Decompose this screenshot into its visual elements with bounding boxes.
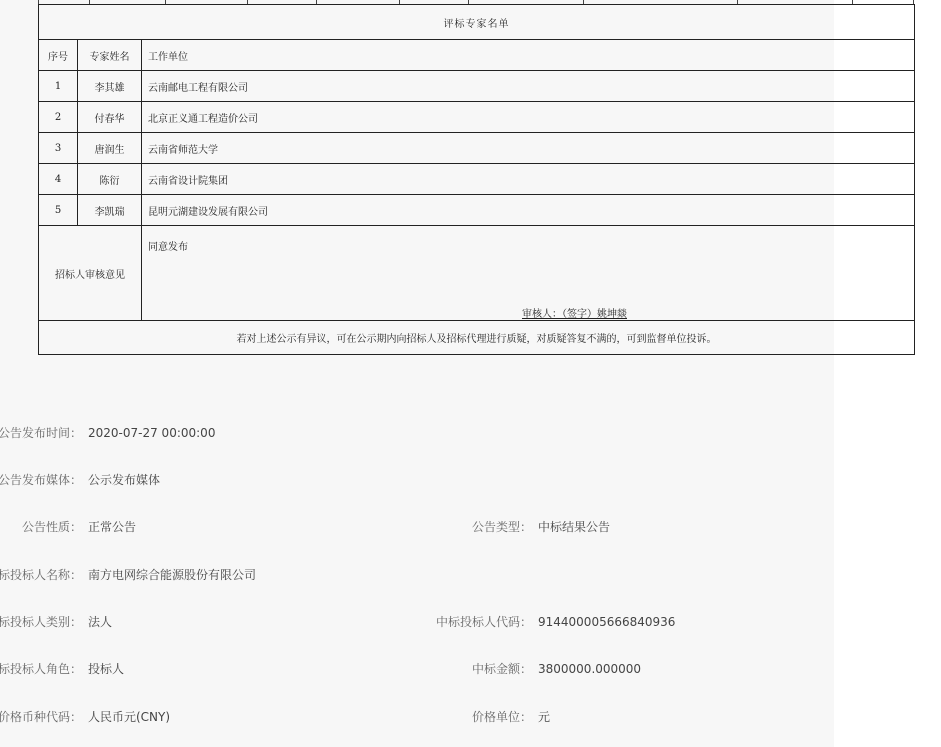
review-row: 招标人审核意见 同意发布 审核人：（签字）姚坤燚 bbox=[39, 226, 915, 321]
cell-name: 陈衍 bbox=[78, 164, 142, 195]
table-row: 2 付春华 北京正义通工程造价公司 bbox=[39, 102, 915, 133]
notice-row: 若对上述公示有异议，可在公示期内向招标人及招标代理进行质疑，对质疑答复不满的，可… bbox=[39, 321, 915, 355]
field-publish-media: 公告发布媒体：公示发布媒体 bbox=[0, 471, 160, 488]
value: 南方电网综合能源股份有限公司 bbox=[88, 568, 256, 582]
cell-unit: 云南省设计院集团 bbox=[142, 164, 915, 195]
table-row: 3 唐润生 云南省师范大学 bbox=[39, 133, 915, 164]
table-header-row: 序号 专家姓名 工作单位 bbox=[39, 40, 915, 71]
field-publish-time: 公告发布时间：2020-07-27 00:00:00 bbox=[0, 424, 215, 441]
field-nature: 公告性质：正常公告 bbox=[0, 518, 136, 535]
table-title: 评标专家名单 bbox=[39, 5, 915, 40]
cell-unit: 云南省师范大学 bbox=[142, 133, 915, 164]
field-currency: 价格币种代码：人民币元(CNY) bbox=[0, 708, 170, 725]
label: 中标投标人角色： bbox=[0, 660, 82, 677]
value: 公示发布媒体 bbox=[88, 473, 160, 487]
header-name: 专家姓名 bbox=[78, 40, 142, 71]
cell-name: 李其雄 bbox=[78, 71, 142, 102]
value: 元 bbox=[538, 710, 550, 724]
value: 正常公告 bbox=[88, 520, 136, 534]
header-unit: 工作单位 bbox=[142, 40, 915, 71]
field-winner-category: 中标投标人类别：法人 bbox=[0, 613, 112, 630]
label: 公告发布媒体： bbox=[0, 471, 82, 488]
objection-notice: 若对上述公示有异议，可在公示期内向招标人及招标代理进行质疑，对质疑答复不满的，可… bbox=[39, 321, 915, 355]
label: 公告发布时间： bbox=[0, 424, 82, 441]
field-type: 公告类型：中标结果公告 bbox=[454, 518, 610, 535]
value: 3800000.000000 bbox=[538, 662, 641, 676]
label: 价格单位： bbox=[454, 708, 532, 725]
cell-no: 2 bbox=[39, 102, 78, 133]
field-winner-role: 中标投标人角色：投标人 bbox=[0, 660, 124, 677]
label: 中标投标人类别： bbox=[0, 613, 82, 630]
cell-no: 5 bbox=[39, 195, 78, 226]
label: 价格币种代码： bbox=[0, 708, 82, 725]
table-title-row: 评标专家名单 bbox=[39, 5, 915, 40]
value: 投标人 bbox=[88, 662, 124, 676]
header-no: 序号 bbox=[39, 40, 78, 71]
review-content: 同意发布 审核人：（签字）姚坤燚 bbox=[142, 226, 915, 321]
value: 中标结果公告 bbox=[538, 520, 610, 534]
value: 2020-07-27 00:00:00 bbox=[88, 426, 215, 440]
label: 中标投标人名称： bbox=[0, 566, 82, 583]
field-amount: 中标金额：3800000.000000 bbox=[454, 660, 641, 677]
cell-unit: 昆明元湖建设发展有限公司 bbox=[142, 195, 915, 226]
field-price-unit: 价格单位：元 bbox=[454, 708, 550, 725]
table-row: 5 李凯瑞 昆明元湖建设发展有限公司 bbox=[39, 195, 915, 226]
label: 中标金额： bbox=[454, 660, 532, 677]
review-opinion: 同意发布 bbox=[148, 242, 188, 253]
table-row: 4 陈衍 云南省设计院集团 bbox=[39, 164, 915, 195]
table-row: 1 李其雄 云南邮电工程有限公司 bbox=[39, 71, 915, 102]
reviewer-signature: 审核人：（签字）姚坤燚 bbox=[522, 305, 627, 320]
expert-list-table: 评标专家名单 序号 专家姓名 工作单位 1 李其雄 云南邮电工程有限公司 2 付… bbox=[38, 4, 915, 355]
cell-no: 1 bbox=[39, 71, 78, 102]
cell-name: 付春华 bbox=[78, 102, 142, 133]
cell-no: 4 bbox=[39, 164, 78, 195]
cell-unit: 北京正义通工程造价公司 bbox=[142, 102, 915, 133]
field-winner-name: 中标投标人名称：南方电网综合能源股份有限公司 bbox=[0, 566, 256, 583]
cell-unit: 云南邮电工程有限公司 bbox=[142, 71, 915, 102]
label: 公告类型： bbox=[454, 518, 532, 535]
value: 法人 bbox=[88, 615, 112, 629]
review-label: 招标人审核意见 bbox=[39, 226, 142, 321]
value: 人民币元(CNY) bbox=[88, 710, 170, 724]
label: 公告性质： bbox=[0, 518, 82, 535]
field-winner-code: 中标投标人代码：914400005666840936 bbox=[432, 613, 675, 630]
value: 914400005666840936 bbox=[538, 615, 675, 629]
cell-no: 3 bbox=[39, 133, 78, 164]
cell-name: 李凯瑞 bbox=[78, 195, 142, 226]
label: 中标投标人代码： bbox=[432, 613, 532, 630]
cell-name: 唐润生 bbox=[78, 133, 142, 164]
